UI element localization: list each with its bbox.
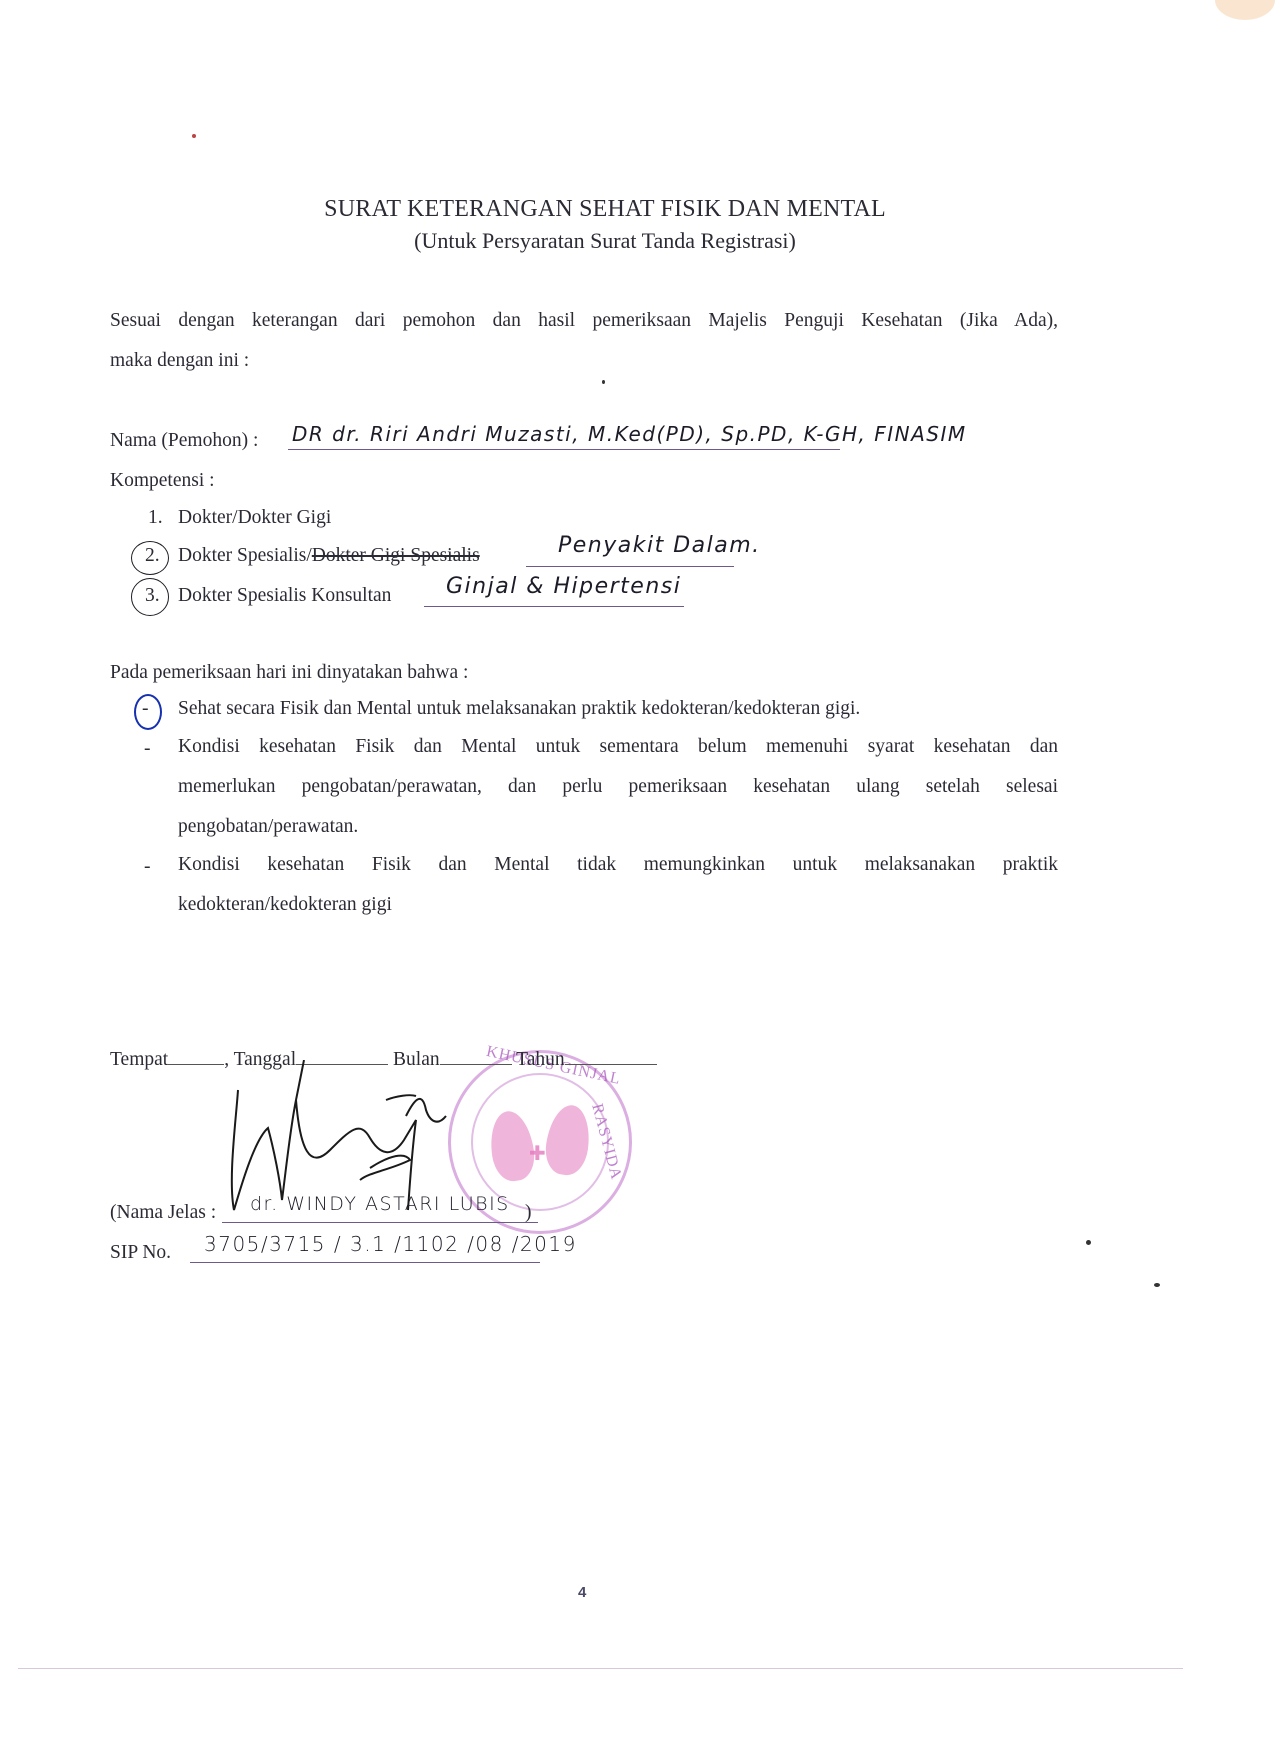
competence-item-1-number: 1. [148,507,163,529]
competence-item-3-number: 3. [145,585,160,607]
specialty-underline [526,566,734,567]
year-label: Tahun [516,1049,564,1070]
subspecialty-underline [424,606,684,607]
applicant-name-label: Nama (Pemohon) : [110,430,258,452]
specialty-field[interactable]: Penyakit Dalam. [558,533,761,558]
competence-item-2-struck-text: Dokter Gigi Spesialis [312,545,480,566]
signatory-name-label-close: ) [525,1202,532,1224]
document-title: SURAT KETERANGAN SEHAT FISIK DAN MENTAL [0,196,1210,223]
competence-item-2[interactable]: Dokter Spesialis/Dokter Gigi Spesialis [178,545,480,567]
scan-speck [1154,1283,1160,1287]
sip-number-field[interactable]: 3705/3715 / 3.1 /1102 /08 /2019 [204,1232,577,1256]
applicant-name-field[interactable]: DR dr. Riri Andri Muzasti, M.Ked(PD), Sp… [292,422,967,446]
sip-label: SIP No. [110,1242,171,1264]
option-1-marker: - [142,698,149,720]
subspecialty-field[interactable]: Ginjal & Hipertensi [446,574,681,599]
scan-stain [1215,0,1275,20]
year-field[interactable] [565,1048,657,1065]
place-field[interactable] [168,1048,224,1065]
scan-speck [602,380,605,384]
signatory-name-underline [222,1222,538,1223]
applicant-name-underline [288,449,840,450]
intro-text-continued: maka dengan ini : [110,350,249,372]
page-number: 4 [578,1584,586,1601]
examination-option-2[interactable]: Kondisi kesehatan Fisik dan Mental untuk… [178,736,1058,758]
competence-item-2-text: Dokter Spesialis/ [178,545,312,566]
examination-option-1[interactable]: Sehat secara Fisik dan Mental untuk mela… [178,698,1058,720]
competence-item-2-number: 2. [145,545,160,567]
examination-option-3-line-2: kedokteran/kedokteran gigi [178,894,1058,916]
option-2-marker: - [144,738,151,760]
examination-option-2-line-2: memerlukan pengobatan/perawatan, dan per… [178,776,1058,798]
cross-icon: ✚ [529,1141,546,1165]
signatory-name-label-open: (Nama Jelas : [110,1202,216,1224]
document-subtitle: (Untuk Persyaratan Surat Tanda Registras… [0,228,1210,254]
examination-option-2-line-3: pengobatan/perawatan. [178,816,1058,838]
signatory-name-field[interactable]: dr. WINDY ASTARI LUBIS [250,1193,510,1215]
place-label: Tempat [110,1049,168,1070]
competence-label: Kompetensi : [110,470,215,492]
sip-underline [190,1262,540,1263]
intro-text: Sesuai dengan keterangan dari pemohon da… [110,310,1058,332]
examination-option-3[interactable]: Kondisi kesehatan Fisik dan Mental tidak… [178,854,1058,876]
competence-item-3[interactable]: Dokter Spesialis Konsultan [178,585,391,607]
scan-speck [192,134,196,138]
competence-item-1[interactable]: Dokter/Dokter Gigi [178,507,331,529]
option-3-marker: - [144,856,151,878]
scan-speck [1086,1240,1091,1245]
examination-label: Pada pemeriksaan hari ini dinyatakan bah… [110,662,468,684]
bottom-rule [18,1668,1183,1669]
